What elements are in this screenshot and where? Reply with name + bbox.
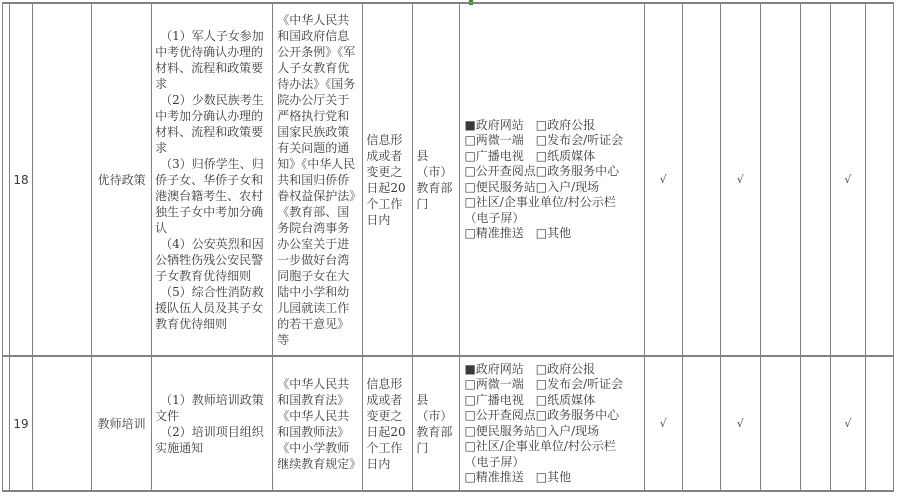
channels-cell: ■政府网站 □政府公报□两微一端 □发布会/听证会□广播电视 □纸质媒体□公开查… — [460, 3, 644, 356]
channel-line: □精准推送 □其他 — [464, 226, 639, 242]
check-cell-5 — [800, 3, 830, 356]
empty-cell — [33, 356, 92, 491]
check-cell-2 — [682, 3, 720, 356]
channel-line: （电子屏） — [464, 211, 639, 227]
spacer-cell — [3, 356, 10, 491]
timeline-cell: 信息形成或者变更之日起20个工作日内 — [363, 3, 413, 356]
check-cell-6: √ — [830, 3, 865, 356]
check-cell-2 — [682, 356, 720, 491]
check-cell-5 — [800, 356, 830, 491]
check-cell-7 — [865, 356, 893, 491]
channel-line: □公开查阅点□政务服务中心 — [464, 164, 639, 180]
check-cell-1: √ — [644, 3, 682, 356]
channel-line: □便民服务站□入户/现场 — [464, 180, 639, 196]
channel-line: □便民服务站□入户/现场 — [464, 424, 639, 440]
channel-line: □公开查阅点□政务服务中心 — [464, 408, 639, 424]
check-cell-4 — [760, 3, 800, 356]
department-cell: 县（市）教育部门 — [413, 356, 460, 491]
disclosure-table: 18 优待政策 （1）军人子女参加中考优待确认办理的材料、流程和政策要求（2）少… — [2, 2, 894, 492]
channel-line: （电子屏） — [464, 455, 639, 471]
content-items-cell: （1）军人子女参加中考优待确认办理的材料、流程和政策要求（2）少数民族考生中考加… — [152, 3, 273, 356]
channel-line: □广播电视 □纸质媒体 — [464, 393, 639, 409]
department-cell: 县（市）教育部门 — [413, 3, 460, 356]
channel-line: □精准推送 □其他 — [464, 470, 639, 486]
row-index-cell: 19 — [10, 356, 33, 491]
channel-line: □两微一端 □发布会/听证会 — [464, 133, 639, 149]
content-items-cell: （1）教师培训政策文件（2）培训项目组织实施通知 — [152, 356, 273, 491]
channel-line: □社区/企事业单位/村公示栏 — [464, 439, 639, 455]
table-row: 19 教师培训 （1）教师培训政策文件（2）培训项目组织实施通知 《中华人民共和… — [3, 356, 894, 491]
empty-cell — [33, 3, 92, 356]
check-cell-3: √ — [720, 356, 760, 491]
spacer-cell — [3, 3, 10, 356]
row-index-cell: 18 — [10, 3, 33, 356]
channel-line: ■政府网站 □政府公报 — [464, 362, 639, 378]
content-item: （5）综合性消防救援队伍人员及其子女教育优待细则 — [155, 284, 269, 332]
content-item: （2）少数民族考生中考加分确认办理的材料、流程和政策要求 — [155, 92, 269, 156]
category-cell: 教师培训 — [92, 356, 152, 491]
channel-line: □广播电视 □纸质媒体 — [464, 149, 639, 165]
table-row: 18 优待政策 （1）军人子女参加中考优待确认办理的材料、流程和政策要求（2）少… — [3, 3, 894, 356]
content-item: （2）培训项目组织实施通知 — [155, 424, 269, 456]
timeline-cell: 信息形成或者变更之日起20个工作日内 — [363, 356, 413, 491]
category-cell: 优待政策 — [92, 3, 152, 356]
legal-basis-cell: 《中华人民共和国政府信息公开条例》《军人子女教育优待办法》《国务院办公厅关于严格… — [273, 3, 363, 356]
content-item: （1）教师培训政策文件 — [155, 392, 269, 424]
legal-basis-cell: 《中华人民共和国教育法》《中华人民共和国教师法》《中小学教师继续教育规定》 — [273, 356, 363, 491]
check-cell-1: √ — [644, 356, 682, 491]
content-item: （3）归侨学生、归侨子女、华侨子女和港澳台籍考生、农村独生子女中考加分确认 — [155, 156, 269, 236]
check-cell-4 — [760, 356, 800, 491]
content-item: （4）公安英烈和因公牺牲伤残公安民警子女教育优待细则 — [155, 236, 269, 284]
channel-line: □社区/企事业单位/村公示栏 — [464, 195, 639, 211]
channels-cell: ■政府网站 □政府公报□两微一端 □发布会/听证会□广播电视 □纸质媒体□公开查… — [460, 356, 644, 491]
content-item: （1）军人子女参加中考优待确认办理的材料、流程和政策要求 — [155, 28, 269, 92]
channel-line: ■政府网站 □政府公报 — [464, 118, 639, 134]
check-cell-6: √ — [830, 356, 865, 491]
check-cell-3: √ — [720, 3, 760, 356]
check-cell-7 — [865, 3, 893, 356]
channel-line: □两微一端 □发布会/听证会 — [464, 377, 639, 393]
